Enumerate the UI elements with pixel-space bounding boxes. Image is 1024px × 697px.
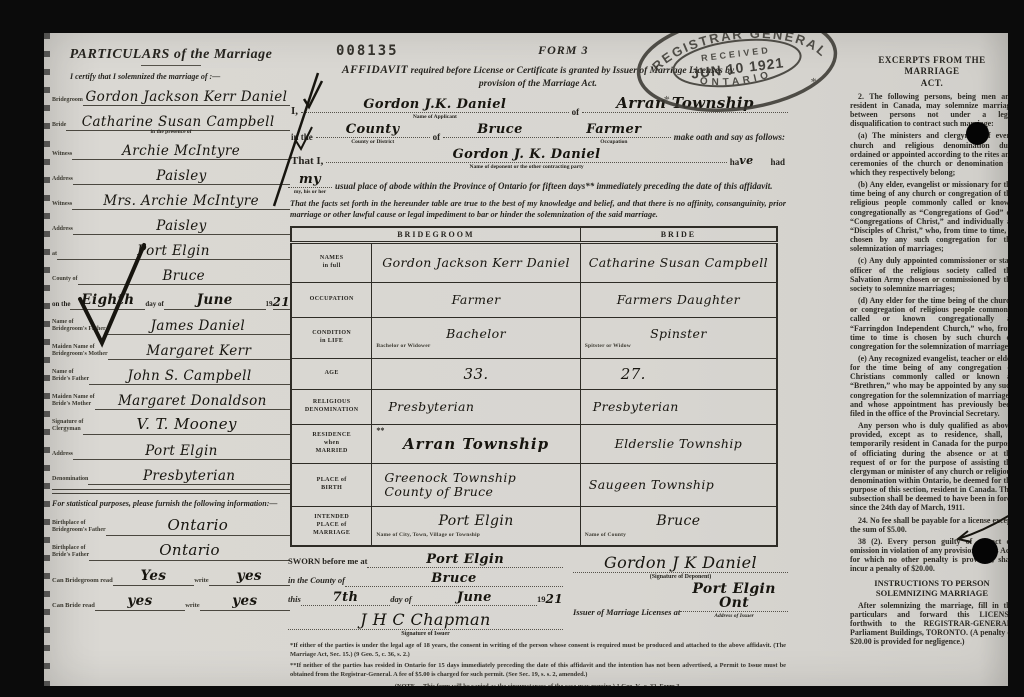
field-clergyman-address: Address Port Elgin <box>52 437 290 460</box>
large-checkmark-annotation <box>72 241 152 351</box>
printed-text: of <box>430 132 444 145</box>
field-label: Bridegroom <box>52 97 83 106</box>
field-address-1: Address Paisley <box>52 162 290 185</box>
excerpt-paragraph: (d) Any elder for the time being of the … <box>850 296 1008 351</box>
table-header-row: BRIDEGROOM BRIDE <box>291 227 777 243</box>
groom-residence: Arran Township <box>403 435 549 453</box>
affidavit-panel: 008135 FORM 3 AFFIDAVIT required before … <box>288 43 788 686</box>
segment-sublabel: Occupation <box>557 139 671 145</box>
sworn-day: 7th <box>301 591 390 606</box>
field-value: Margaret Donaldson <box>95 394 290 410</box>
bridegroom-header: BRIDEGROOM <box>291 227 580 243</box>
field-label: Address <box>52 226 73 235</box>
field-label: Address <box>52 451 73 460</box>
cell-sublabel: Name of City, Town, Village or Township <box>376 532 575 538</box>
section-divider <box>52 489 290 494</box>
segment-sublabel: Address of Issuer <box>680 613 788 619</box>
groom-condition: Bachelor <box>446 326 506 341</box>
field-label: Address <box>52 176 73 185</box>
field-value: Ontario <box>89 543 290 561</box>
table-row-occupation: OCCUPATION Farmer Farmers Daughter <box>291 283 777 318</box>
excerpt-paragraph: 2. The following persons, being men and … <box>850 92 1008 129</box>
segment-sublabel: County or District <box>316 139 430 145</box>
row-label: INTENDED PLACE of MARRIAGE <box>291 507 372 547</box>
deponent-name: Gordon J. K. Daniel <box>326 148 726 163</box>
field-label: Maiden Name of Bride's Mother <box>52 394 95 410</box>
field-label: write <box>185 602 199 611</box>
field-groom-literacy: Can Bridegroom read Yes write yes <box>52 563 290 586</box>
county-occupation-line: in the County County or District of Bruc… <box>288 123 788 145</box>
field-label: Name of Bride's Father <box>52 369 89 385</box>
bride-residence: Elderslie Township <box>580 425 777 464</box>
abode-line: my my, his or her usual place of abode w… <box>288 173 788 195</box>
footnote-marker: ** <box>376 427 384 436</box>
cell-sublabel: Bachelor or Widower <box>376 343 575 349</box>
excerpt-paragraph: (c) Any duly appointed commissioner or s… <box>850 256 1008 293</box>
statistical-note: For statistical purposes, please furnish… <box>52 499 290 509</box>
date-label: on the <box>52 300 70 310</box>
deponent-signature-block: Gordon J K Daniel (Signature of Deponent… <box>573 553 788 580</box>
write-value: yes <box>200 593 290 611</box>
footnote-1: *If either of the parties is under the l… <box>290 642 786 659</box>
sworn-month: June <box>412 591 537 606</box>
row-label: NAMES in full <box>291 243 372 283</box>
date-month: June <box>164 292 266 310</box>
printed-text: had <box>767 157 788 170</box>
printed-text: this <box>288 594 301 606</box>
table-row-birthplace: PLACE of BIRTH Greenock Township County … <box>291 464 777 507</box>
occupation-value: Farmer <box>557 123 671 138</box>
sworn-at-label: SWORN before me at <box>288 556 367 568</box>
deponent-line: That I, Gordon J. K. Daniel Name of depo… <box>288 148 788 170</box>
deponent-signature-label: (Signature of Deponent) <box>573 574 788 580</box>
check-slash-annotation <box>256 71 326 211</box>
printed-text: ha <box>727 157 740 170</box>
issuer-address: Port Elgin Ont <box>680 582 788 612</box>
footnote-2: **If neither of the parties has resided … <box>290 662 786 679</box>
county-name: Bruce <box>443 123 557 138</box>
applicant-name: Gordon J.K. Daniel <box>301 98 569 113</box>
cell-sublabel: Spitster or Widow <box>585 343 772 349</box>
bride-religion: Presbyterian <box>580 390 777 425</box>
excerpt-paragraph: Any person who is duly qualified as abov… <box>850 421 1008 513</box>
field-witness-2: Witness Mrs. Archie McIntyre <box>52 187 290 210</box>
sworn-left: SWORN before me at Port Elgin in the Cou… <box>288 553 563 639</box>
groom-residence-cell: ** Arran Township <box>372 425 580 464</box>
bride-names: Catharine Susan Campbell <box>580 243 777 283</box>
field-label: Birthplace of Bridegroom's Father <box>52 520 106 536</box>
hole-punch-bottom <box>972 538 998 564</box>
field-label: Bride <box>52 122 66 131</box>
sworn-county-label: in the County of <box>288 575 345 587</box>
cell-sublabel: Name of County <box>585 532 772 538</box>
field-bridegroom: Bridegroom Gordon Jackson Kerr Daniel <box>52 83 290 106</box>
groom-condition-cell: Bachelor Bachelor or Widower <box>372 318 580 359</box>
intended-place: Port Elgin <box>438 513 513 529</box>
write-value: yes <box>209 568 290 586</box>
excerpt-paragraph: (b) Any elder, evangelist or missionary … <box>850 180 1008 253</box>
printed-text: day of <box>390 594 411 606</box>
row-label: RELIGIOUS DENOMINATION <box>291 390 372 425</box>
groom-names: Gordon Jackson Kerr Daniel <box>372 243 580 283</box>
hole-punch-top <box>966 122 989 145</box>
bride-occupation: Farmers Daughter <box>580 283 777 318</box>
read-value: yes <box>95 593 185 611</box>
printed-text: of <box>569 107 583 120</box>
facts-paragraph: That the facts set forth in the hereunde… <box>290 199 786 220</box>
sworn-year: 21 <box>546 592 564 606</box>
bride-birthplace: Saugeen Township <box>580 464 777 507</box>
deponent-signature: Gordon J K Daniel <box>573 553 788 573</box>
field-bride: Bride Catharine Susan Campbell <box>52 108 290 131</box>
inserted-ve: ve <box>739 154 753 170</box>
instructions-text: After solemnizing the marriage, fill in … <box>850 601 1008 647</box>
field-value: Ontario <box>106 518 290 536</box>
issuer-line: Issuer of Marriage Licenses at Port Elgi… <box>573 582 788 619</box>
field-bride-literacy: Can Bride read yes write yes <box>52 588 290 611</box>
groom-age: 33. <box>372 359 580 390</box>
table-row-age: AGE 33. 27. <box>291 359 777 390</box>
sworn-at-value: Port Elgin <box>367 553 563 568</box>
stamp-asterisk-left: * <box>663 92 671 107</box>
field-label: Denomination <box>52 476 88 485</box>
table-row-names: NAMES in full Gordon Jackson Kerr Daniel… <box>291 243 777 283</box>
bride-age: 27. <box>580 359 777 390</box>
row-label: PLACE of BIRTH <box>291 464 372 507</box>
deponent-name-segment: Gordon J. K. Daniel Name of deponent or … <box>326 148 726 170</box>
county-segment: County County or District <box>316 123 430 145</box>
issuer-signature-block: J H C Chapman Signature of Issuer <box>288 610 563 637</box>
field-clergyman-signature: Signature of Clergyman V. T. Mooney <box>52 412 290 435</box>
read-value: Yes <box>113 568 194 586</box>
table-row-religion: RELIGIOUS DENOMINATION Presbyterian Pres… <box>291 390 777 425</box>
field-label: Can Bride read <box>52 602 95 611</box>
groom-occupation: Farmer <box>372 283 580 318</box>
affidavit-heading-line2: provision of the Marriage Act. <box>479 79 597 89</box>
serial-number: 008135 <box>336 43 399 59</box>
field-groom-father-birthplace: Birthplace of Bridegroom's Father Ontari… <box>52 513 290 536</box>
applicant-name-segment: Gordon J.K. Daniel Name of Applicant <box>301 98 569 120</box>
issuer-signature: J H C Chapman <box>288 610 563 630</box>
instructions-title: INSTRUCTIONS TO PERSON SOLEMNIZING MARRI… <box>850 578 1008 599</box>
county-value: County <box>316 123 430 138</box>
field-address-2: Address Paisley <box>52 212 290 235</box>
field-label: Birthplace of Bride's Father <box>52 545 89 561</box>
field-value: John S. Campbell <box>89 369 290 385</box>
row-label: AGE <box>291 359 372 390</box>
table-row-intended-place: INTENDED PLACE of MARRIAGE Port Elgin Na… <box>291 507 777 547</box>
bride-condition: Spinster <box>650 326 707 341</box>
segment-sublabel: Name of deponent or the other contractin… <box>326 164 726 170</box>
printed-text: 19 <box>537 594 546 606</box>
sworn-block: SWORN before me at Port Elgin in the Cou… <box>288 553 788 639</box>
excerpts-title: EXCERPTS FROM THE MARRIAGE ACT. <box>850 55 1008 89</box>
bride-intended-county-cell: Bruce Name of County <box>580 507 777 547</box>
groom-intended-place-cell: Port Elgin Name of City, Town, Village o… <box>372 507 580 547</box>
registrar-general-received-stamp: REGISTRAR GENERAL RECEIVED JUN 10 1921 O… <box>627 33 848 125</box>
bridegroom-bride-table: BRIDEGROOM BRIDE NAMES in full Gordon Ja… <box>290 226 778 547</box>
issuer-signature-label: Signature of Issuer <box>288 631 563 637</box>
table-row-residence: RESIDENCE when MARRIED ** Arran Township… <box>291 425 777 464</box>
groom-birthplace: Greenock Township County of Bruce <box>372 464 580 507</box>
bride-header: BRIDE <box>580 227 777 243</box>
row-label: RESIDENCE when MARRIED <box>291 425 372 464</box>
segment-sublabel: Name of Applicant <box>301 114 569 120</box>
bride-condition-cell: Spinster Spitster or Widow <box>580 318 777 359</box>
field-label: Witness <box>52 151 72 160</box>
row-label: CONDITION in LIFE <box>291 318 372 359</box>
field-label: Witness <box>52 201 72 210</box>
affidavit-word: AFFIDAVIT <box>342 64 408 76</box>
field-label: Can Bridegroom read <box>52 577 113 586</box>
excerpt-paragraph: (e) Any recognized evangelist, teacher o… <box>850 354 1008 418</box>
printed-text: make oath and say as follows: <box>671 132 788 145</box>
field-denomination: Denomination Presbyterian <box>52 462 290 485</box>
groom-religion: Presbyterian <box>372 390 580 425</box>
stamp-asterisk-right: * <box>810 74 818 89</box>
field-value: Paisley <box>73 219 290 235</box>
field-value: Port Elgin <box>73 444 290 460</box>
field-bride-father: Name of Bride's Father John S. Campbell <box>52 362 290 385</box>
issuer-address-segment: Port Elgin Ont Address of Issuer <box>680 582 788 619</box>
document-paper: PARTICULARS of the Marriage I certify th… <box>44 33 1008 686</box>
county-name-segment: Bruce <box>443 123 557 145</box>
field-witness-1: Witness Archie McIntyre <box>52 137 290 160</box>
abode-text: usual place of abode within the Province… <box>332 181 788 195</box>
footnote-3: (NOTE.—This form will be varied as the c… <box>290 683 786 686</box>
particulars-title: PARTICULARS of the Marriage <box>52 47 290 63</box>
row-label: OCCUPATION <box>291 283 372 318</box>
field-label: write <box>194 577 208 586</box>
microfilm-scan: PARTICULARS of the Marriage I certify th… <box>0 0 1024 697</box>
sworn-right: Gordon J K Daniel (Signature of Deponent… <box>563 553 788 639</box>
issuer-at-label: Issuer of Marriage Licenses at <box>573 607 680 619</box>
field-value: Presbyterian <box>88 469 290 485</box>
title-underline <box>141 65 201 66</box>
field-label: Signature of Clergyman <box>52 419 83 435</box>
field-bride-mother: Maiden Name of Bride's Mother Margaret D… <box>52 387 290 410</box>
date-year-printed: 19 <box>266 300 273 310</box>
field-value: V. T. Mooney <box>83 417 290 435</box>
sworn-county-value: Bruce <box>345 572 563 587</box>
intended-county: Bruce <box>656 513 700 529</box>
occupation-segment: Farmer Occupation <box>557 123 671 145</box>
field-bride-father-birthplace: Birthplace of Bride's Father Ontario <box>52 538 290 561</box>
table-row-condition: CONDITION in LIFE Bachelor Bachelor or W… <box>291 318 777 359</box>
